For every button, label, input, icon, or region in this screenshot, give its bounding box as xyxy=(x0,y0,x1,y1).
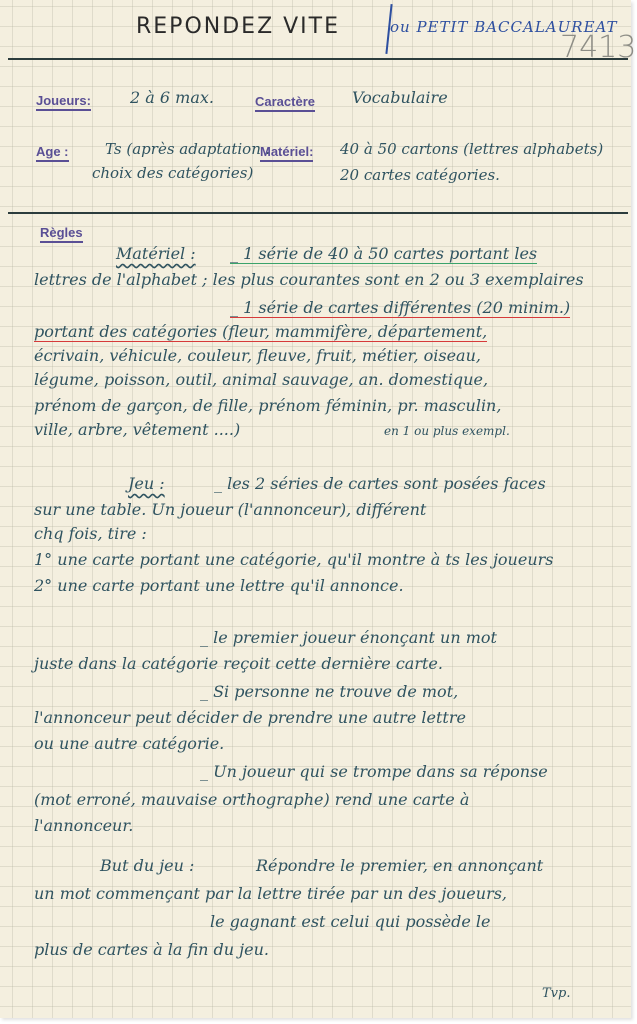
materiel-line: _ 1 série de 40 à 50 cartes portant les xyxy=(230,244,537,263)
info-divider xyxy=(8,212,628,214)
jeu-line: chq fois, tire : xyxy=(34,524,147,543)
jeu-paragraph-line: l'annonceur peut décider de prendre une … xyxy=(34,708,466,727)
materiel-line: écrivain, véhicule, couleur, fleuve, fru… xyxy=(34,346,481,365)
materiel-note: en 1 ou plus exempl. xyxy=(384,424,510,438)
but-heading: But du jeu : xyxy=(100,856,194,875)
age-value-line2: choix des catégories) xyxy=(92,164,253,182)
but-line: le gagnant est celui qui possède le xyxy=(210,912,491,931)
players-label: Joueurs: xyxy=(36,93,91,111)
header-divider xyxy=(8,58,628,60)
age-label: Age : xyxy=(36,144,69,162)
material-label: Matériel: xyxy=(260,144,313,162)
jeu-paragraph-line: ou une autre catégorie. xyxy=(34,734,224,753)
jeu-line: 1° une carte portant une catégorie, qu'i… xyxy=(34,550,554,569)
materiel-line: portant des catégories (fleur, mammifère… xyxy=(34,322,487,341)
signature: Tvp. xyxy=(542,986,570,1001)
jeu-paragraph-line: _ le premier joueur énonçant un mot xyxy=(200,628,497,647)
jeu-paragraph-line: juste dans la catégorie reçoit cette der… xyxy=(34,654,443,673)
players-value: 2 à 6 max. xyxy=(130,88,214,107)
document-title: REPONDEZ VITE xyxy=(136,14,340,39)
materiel-heading: Matériel : xyxy=(116,244,196,263)
jeu-paragraph-line: (mot erroné, mauvaise orthographe) rend … xyxy=(34,790,469,809)
character-value: Vocabulaire xyxy=(352,88,448,107)
but-line: plus de cartes à la fin du jeu. xyxy=(34,940,269,959)
jeu-paragraph-line: _ Si personne ne trouve de mot, xyxy=(200,682,458,701)
materiel-line: lettres de l'alphabet ; les plus courant… xyxy=(34,270,584,289)
materiel-line: _ 1 série de cartes différentes (20 mini… xyxy=(230,298,570,317)
materiel-line: légume, poisson, outil, animal sauvage, … xyxy=(34,370,488,389)
age-value-line1: Ts (après adaptation : xyxy=(105,140,271,158)
material-value-line1: 40 à 50 cartons (lettres alphabets) xyxy=(340,140,603,158)
document-page: REPONDEZ VITE ou PETIT BACCALAUREAT 7413… xyxy=(0,0,631,1018)
but-line: Répondre le premier, en annonçant xyxy=(256,856,543,875)
jeu-line: sur une table. Un joueur (l'annonceur), … xyxy=(34,500,426,519)
but-line: un mot commençant par la lettre tirée pa… xyxy=(34,884,507,903)
jeu-heading: Jeu : xyxy=(128,474,165,493)
materiel-line: ville, arbre, vêtement ....) xyxy=(34,420,240,439)
jeu-line: 2° une carte portant une lettre qu'il an… xyxy=(34,576,404,595)
materiel-line: prénom de garçon, de fille, prénom fémin… xyxy=(34,396,501,415)
jeu-paragraph-line: l'annonceur. xyxy=(34,816,133,835)
character-label: Caractère xyxy=(255,94,315,112)
rules-label: Règles xyxy=(40,225,83,243)
material-value-line2: 20 cartes catégories. xyxy=(340,166,500,184)
jeu-line: _ les 2 séries de cartes sont posées fac… xyxy=(214,474,546,493)
jeu-paragraph-line: _ Un joueur qui se trompe dans sa répons… xyxy=(200,762,548,781)
